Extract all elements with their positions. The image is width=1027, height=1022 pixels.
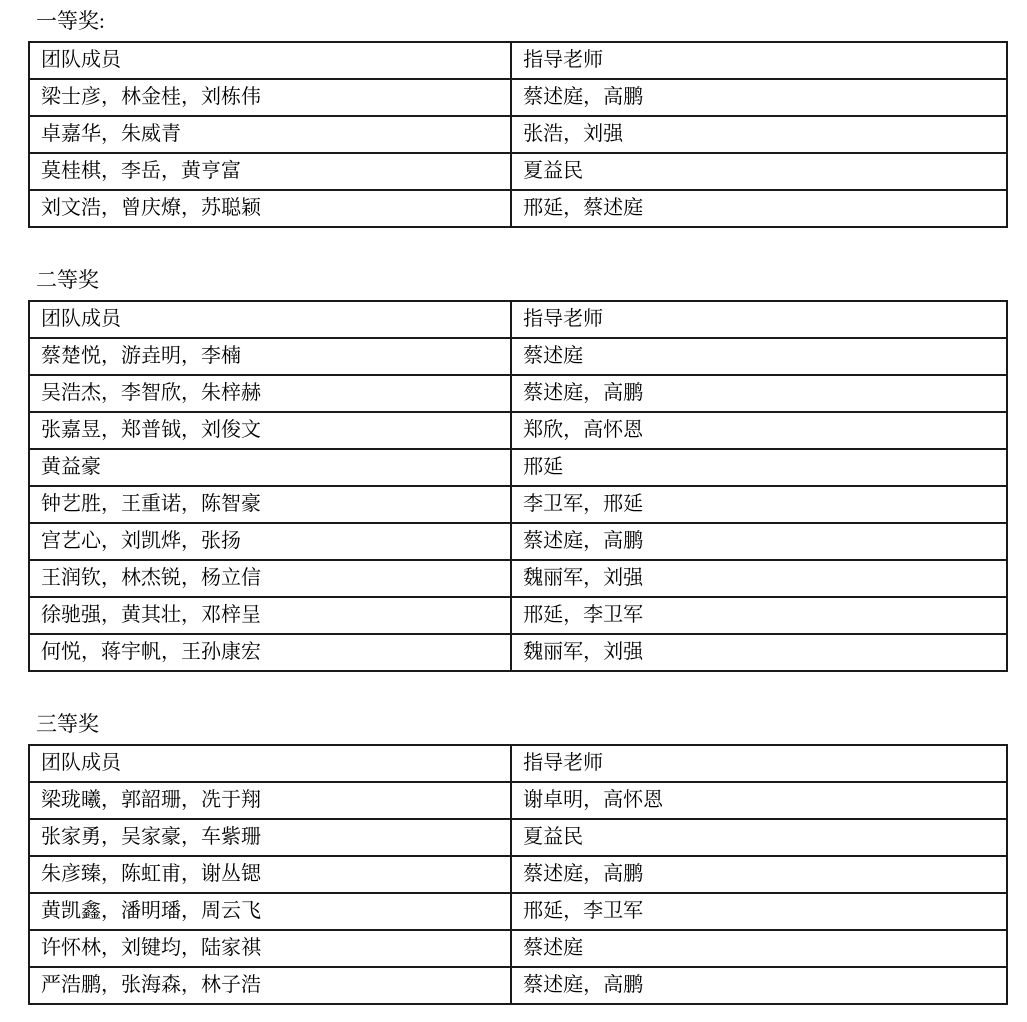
document-page: 一等奖: 团队成员 指导老师 梁士彦，林金桂，刘栋伟蔡述庭，高鹏卓嘉华，朱威青张… bbox=[0, 0, 1027, 1022]
table-row: 宫艺心，刘凯烨，张扬蔡述庭，高鹏 bbox=[29, 523, 1007, 560]
table-row: 许怀林，刘键均，陆家祺蔡述庭 bbox=[29, 930, 1007, 967]
advisors-cell: 蔡述庭，高鹏 bbox=[511, 375, 1007, 412]
team-members-cell: 徐驰强，黄其壮，邓梓呈 bbox=[29, 597, 511, 634]
table-row: 蔡楚悦，游垚明，李楠蔡述庭 bbox=[29, 338, 1007, 375]
team-members-cell: 黄凯鑫，潘明璠，周云飞 bbox=[29, 893, 511, 930]
advisors-cell: 蔡述庭 bbox=[511, 338, 1007, 375]
table-row: 张家勇，吴家豪，车紫珊夏益民 bbox=[29, 819, 1007, 856]
column-header-team-members: 团队成员 bbox=[29, 301, 511, 338]
table-row: 徐驰强，黄其壮，邓梓呈邢延，李卫军 bbox=[29, 597, 1007, 634]
third-prize-table: 团队成员 指导老师 梁珑曦，郭韶珊，冼于翔谢卓明，高怀恩张家勇，吴家豪，车紫珊夏… bbox=[28, 744, 1008, 1005]
column-header-advisors: 指导老师 bbox=[511, 301, 1007, 338]
advisors-cell: 张浩，刘强 bbox=[511, 116, 1007, 153]
table-row: 刘文浩，曾庆燎，苏聪颖邢延，蔡述庭 bbox=[29, 190, 1007, 227]
team-members-cell: 朱彦臻，陈虹甫，谢丛锶 bbox=[29, 856, 511, 893]
team-members-cell: 吴浩杰，李智欣，朱梓赫 bbox=[29, 375, 511, 412]
team-members-cell: 许怀林，刘键均，陆家祺 bbox=[29, 930, 511, 967]
table-row: 莫桂棋，李岳，黄亨富夏益民 bbox=[29, 153, 1007, 190]
advisors-cell: 魏丽军，刘强 bbox=[511, 634, 1007, 671]
advisors-cell: 邢延 bbox=[511, 449, 1007, 486]
team-members-cell: 黄益豪 bbox=[29, 449, 511, 486]
team-members-cell: 张家勇，吴家豪，车紫珊 bbox=[29, 819, 511, 856]
team-members-cell: 钟艺胜，王重诺，陈智豪 bbox=[29, 486, 511, 523]
team-members-cell: 莫桂棋，李岳，黄亨富 bbox=[29, 153, 511, 190]
advisors-cell: 夏益民 bbox=[511, 153, 1007, 190]
advisors-cell: 魏丽军，刘强 bbox=[511, 560, 1007, 597]
advisors-cell: 李卫军，邢延 bbox=[511, 486, 1007, 523]
column-header-advisors: 指导老师 bbox=[511, 42, 1007, 79]
section-second-prize: 二等奖 团队成员 指导老师 蔡楚悦，游垚明，李楠蔡述庭吴浩杰，李智欣，朱梓赫蔡述… bbox=[28, 268, 1008, 672]
table-row: 朱彦臻，陈虹甫，谢丛锶蔡述庭，高鹏 bbox=[29, 856, 1007, 893]
team-members-cell: 卓嘉华，朱威青 bbox=[29, 116, 511, 153]
advisors-cell: 蔡述庭，高鹏 bbox=[511, 79, 1007, 116]
team-members-cell: 张嘉昱，郑普钺，刘俊文 bbox=[29, 412, 511, 449]
table-row: 黄益豪邢延 bbox=[29, 449, 1007, 486]
table-row: 钟艺胜，王重诺，陈智豪李卫军，邢延 bbox=[29, 486, 1007, 523]
table-row: 何悦，蒋宇帆，王孙康宏魏丽军，刘强 bbox=[29, 634, 1007, 671]
column-header-team-members: 团队成员 bbox=[29, 42, 511, 79]
table-row: 王润钦，林杰锐，杨立信魏丽军，刘强 bbox=[29, 560, 1007, 597]
table-header-row: 团队成员 指导老师 bbox=[29, 42, 1007, 79]
team-members-cell: 梁士彦，林金桂，刘栋伟 bbox=[29, 79, 511, 116]
section-third-prize: 三等奖 团队成员 指导老师 梁珑曦，郭韶珊，冼于翔谢卓明，高怀恩张家勇，吴家豪，… bbox=[28, 712, 1008, 1005]
advisors-cell: 夏益民 bbox=[511, 819, 1007, 856]
table-row: 吴浩杰，李智欣，朱梓赫蔡述庭，高鹏 bbox=[29, 375, 1007, 412]
table-row: 黄凯鑫，潘明璠，周云飞邢延，李卫军 bbox=[29, 893, 1007, 930]
section-title-first-prize: 一等奖: bbox=[28, 9, 1008, 33]
advisors-cell: 邢延，蔡述庭 bbox=[511, 190, 1007, 227]
table-header-row: 团队成员 指导老师 bbox=[29, 745, 1007, 782]
team-members-cell: 蔡楚悦，游垚明，李楠 bbox=[29, 338, 511, 375]
table-row: 张嘉昱，郑普钺，刘俊文郑欣，高怀恩 bbox=[29, 412, 1007, 449]
section-first-prize: 一等奖: 团队成员 指导老师 梁士彦，林金桂，刘栋伟蔡述庭，高鹏卓嘉华，朱威青张… bbox=[28, 9, 1008, 228]
column-header-team-members: 团队成员 bbox=[29, 745, 511, 782]
team-members-cell: 梁珑曦，郭韶珊，冼于翔 bbox=[29, 782, 511, 819]
table-row: 卓嘉华，朱威青张浩，刘强 bbox=[29, 116, 1007, 153]
second-prize-table: 团队成员 指导老师 蔡楚悦，游垚明，李楠蔡述庭吴浩杰，李智欣，朱梓赫蔡述庭，高鹏… bbox=[28, 300, 1008, 672]
table-row: 严浩鹏，张海森，林子浩蔡述庭，高鹏 bbox=[29, 967, 1007, 1004]
advisors-cell: 谢卓明，高怀恩 bbox=[511, 782, 1007, 819]
advisors-cell: 蔡述庭，高鹏 bbox=[511, 856, 1007, 893]
table-header-row: 团队成员 指导老师 bbox=[29, 301, 1007, 338]
advisors-cell: 邢延，李卫军 bbox=[511, 597, 1007, 634]
team-members-cell: 刘文浩，曾庆燎，苏聪颖 bbox=[29, 190, 511, 227]
table-row: 梁士彦，林金桂，刘栋伟蔡述庭，高鹏 bbox=[29, 79, 1007, 116]
team-members-cell: 宫艺心，刘凯烨，张扬 bbox=[29, 523, 511, 560]
team-members-cell: 何悦，蒋宇帆，王孙康宏 bbox=[29, 634, 511, 671]
advisors-cell: 郑欣，高怀恩 bbox=[511, 412, 1007, 449]
advisors-cell: 蔡述庭，高鹏 bbox=[511, 523, 1007, 560]
table-row: 梁珑曦，郭韶珊，冼于翔谢卓明，高怀恩 bbox=[29, 782, 1007, 819]
team-members-cell: 王润钦，林杰锐，杨立信 bbox=[29, 560, 511, 597]
section-title-second-prize: 二等奖 bbox=[28, 268, 1008, 292]
column-header-advisors: 指导老师 bbox=[511, 745, 1007, 782]
first-prize-table: 团队成员 指导老师 梁士彦，林金桂，刘栋伟蔡述庭，高鹏卓嘉华，朱威青张浩，刘强莫… bbox=[28, 41, 1008, 228]
team-members-cell: 严浩鹏，张海森，林子浩 bbox=[29, 967, 511, 1004]
advisors-cell: 邢延，李卫军 bbox=[511, 893, 1007, 930]
advisors-cell: 蔡述庭 bbox=[511, 930, 1007, 967]
section-title-third-prize: 三等奖 bbox=[28, 712, 1008, 736]
advisors-cell: 蔡述庭，高鹏 bbox=[511, 967, 1007, 1004]
